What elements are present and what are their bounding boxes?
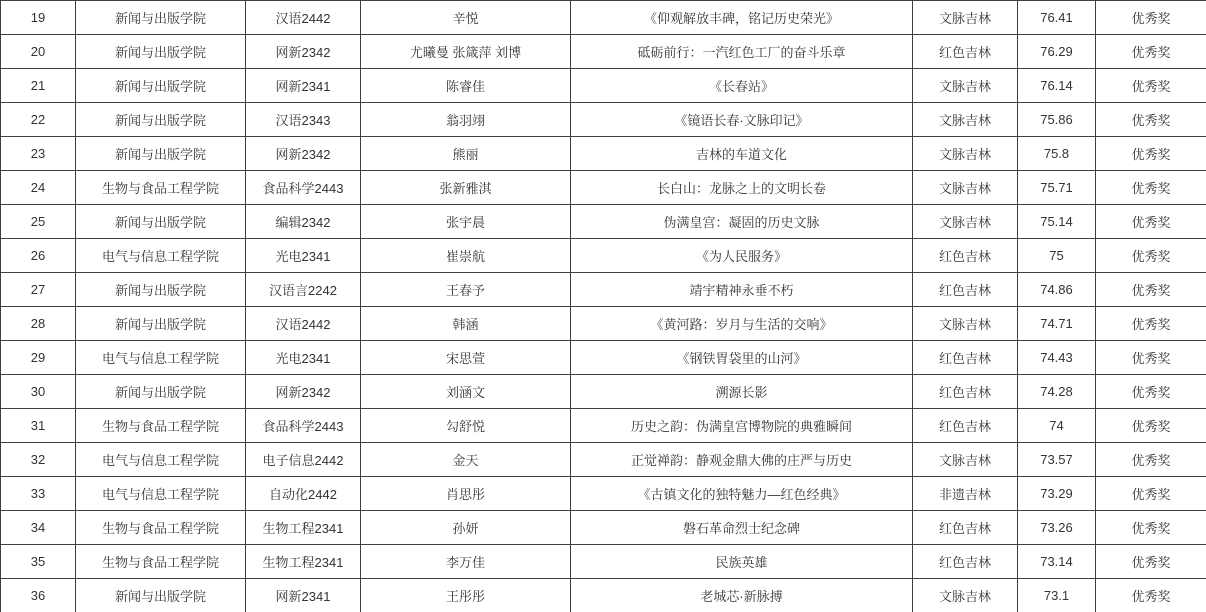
cell-award: 优秀奖 xyxy=(1096,545,1206,579)
cell-score: 74.86 xyxy=(1018,273,1096,307)
cell-category: 非遗吉林 xyxy=(913,477,1018,511)
cell-award: 优秀奖 xyxy=(1096,579,1206,612)
cell-row-number: 20 xyxy=(1,35,76,69)
cell-award: 优秀奖 xyxy=(1096,273,1206,307)
cell-category: 红色吉林 xyxy=(913,273,1018,307)
cell-category: 文脉吉林 xyxy=(913,443,1018,477)
cell-work-title: 《长春站》 xyxy=(571,69,913,103)
cell-authors: 陈睿佳 xyxy=(361,69,571,103)
cell-award: 优秀奖 xyxy=(1096,1,1206,35)
cell-category: 文脉吉林 xyxy=(913,103,1018,137)
cell-work-title: 《为人民服务》 xyxy=(571,239,913,273)
cell-award: 优秀奖 xyxy=(1096,409,1206,443)
cell-college: 新闻与出版学院 xyxy=(76,579,246,612)
cell-class: 汉语2442 xyxy=(246,1,361,35)
cell-score: 75.71 xyxy=(1018,171,1096,205)
table-row: 36新闻与出版学院网新2341王彤彤老城芯·新脉搏文脉吉林73.1优秀奖 xyxy=(1,579,1206,612)
cell-college: 生物与食品工程学院 xyxy=(76,171,246,205)
cell-category: 文脉吉林 xyxy=(913,307,1018,341)
cell-work-title: 伪满皇宫：凝固的历史文脉 xyxy=(571,205,913,239)
cell-work-title: 溯源长影 xyxy=(571,375,913,409)
cell-class: 自动化2442 xyxy=(246,477,361,511)
table-row: 20新闻与出版学院网新2342尤曦曼 张箴萍 刘博砥砺前行：一汽红色工厂的奋斗乐… xyxy=(1,35,1206,69)
cell-award: 优秀奖 xyxy=(1096,443,1206,477)
table-row: 26电气与信息工程学院光电2341崔崇航《为人民服务》红色吉林75优秀奖 xyxy=(1,239,1206,273)
cell-score: 74.43 xyxy=(1018,341,1096,375)
cell-award: 优秀奖 xyxy=(1096,35,1206,69)
cell-authors: 刘涵文 xyxy=(361,375,571,409)
cell-score: 73.26 xyxy=(1018,511,1096,545)
table-row: 32电气与信息工程学院电子信息2442金天正觉禅韵：静观金鼎大佛的庄严与历史文脉… xyxy=(1,443,1206,477)
table-row: 22新闻与出版学院汉语2343翁羽翊《镜语长春·文脉印记》文脉吉林75.86优秀… xyxy=(1,103,1206,137)
table-row: 25新闻与出版学院编辑2342张宇晨伪满皇宫：凝固的历史文脉文脉吉林75.14优… xyxy=(1,205,1206,239)
cell-award: 优秀奖 xyxy=(1096,375,1206,409)
cell-row-number: 26 xyxy=(1,239,76,273)
cell-score: 73.57 xyxy=(1018,443,1096,477)
cell-class: 光电2341 xyxy=(246,341,361,375)
cell-award: 优秀奖 xyxy=(1096,205,1206,239)
cell-authors: 韩涵 xyxy=(361,307,571,341)
cell-authors: 翁羽翊 xyxy=(361,103,571,137)
cell-college: 新闻与出版学院 xyxy=(76,137,246,171)
cell-college: 电气与信息工程学院 xyxy=(76,477,246,511)
cell-authors: 勾舒悦 xyxy=(361,409,571,443)
cell-category: 红色吉林 xyxy=(913,511,1018,545)
cell-category: 红色吉林 xyxy=(913,341,1018,375)
cell-score: 75.86 xyxy=(1018,103,1096,137)
table-row: 33电气与信息工程学院自动化2442肖思彤《古镇文化的独特魅力—红色经典》非遗吉… xyxy=(1,477,1206,511)
cell-work-title: 正觉禅韵：静观金鼎大佛的庄严与历史 xyxy=(571,443,913,477)
cell-authors: 熊丽 xyxy=(361,137,571,171)
cell-category: 文脉吉林 xyxy=(913,579,1018,612)
cell-work-title: 靖宇精神永垂不朽 xyxy=(571,273,913,307)
cell-college: 新闻与出版学院 xyxy=(76,375,246,409)
cell-award: 优秀奖 xyxy=(1096,69,1206,103)
cell-score: 76.41 xyxy=(1018,1,1096,35)
cell-row-number: 34 xyxy=(1,511,76,545)
cell-category: 文脉吉林 xyxy=(913,171,1018,205)
cell-college: 新闻与出版学院 xyxy=(76,69,246,103)
cell-class: 生物工程2341 xyxy=(246,511,361,545)
cell-work-title: 砥砺前行：一汽红色工厂的奋斗乐章 xyxy=(571,35,913,69)
cell-authors: 李万佳 xyxy=(361,545,571,579)
cell-category: 文脉吉林 xyxy=(913,137,1018,171)
cell-score: 75.8 xyxy=(1018,137,1096,171)
cell-award: 优秀奖 xyxy=(1096,511,1206,545)
cell-authors: 王春予 xyxy=(361,273,571,307)
cell-score: 76.29 xyxy=(1018,35,1096,69)
cell-class: 食品科学2443 xyxy=(246,171,361,205)
cell-college: 电气与信息工程学院 xyxy=(76,239,246,273)
cell-class: 网新2342 xyxy=(246,137,361,171)
cell-score: 74 xyxy=(1018,409,1096,443)
cell-class: 生物工程2341 xyxy=(246,545,361,579)
table-row: 29电气与信息工程学院光电2341宋思萱《钢铁胃袋里的山河》红色吉林74.43优… xyxy=(1,341,1206,375)
cell-row-number: 32 xyxy=(1,443,76,477)
cell-score: 75 xyxy=(1018,239,1096,273)
table-row: 21新闻与出版学院网新2341陈睿佳《长春站》文脉吉林76.14优秀奖 xyxy=(1,69,1206,103)
cell-category: 文脉吉林 xyxy=(913,205,1018,239)
cell-college: 新闻与出版学院 xyxy=(76,205,246,239)
cell-award: 优秀奖 xyxy=(1096,137,1206,171)
cell-class: 网新2342 xyxy=(246,35,361,69)
cell-score: 75.14 xyxy=(1018,205,1096,239)
cell-award: 优秀奖 xyxy=(1096,171,1206,205)
cell-row-number: 28 xyxy=(1,307,76,341)
cell-college: 电气与信息工程学院 xyxy=(76,443,246,477)
cell-authors: 尤曦曼 张箴萍 刘博 xyxy=(361,35,571,69)
cell-row-number: 27 xyxy=(1,273,76,307)
cell-category: 红色吉林 xyxy=(913,409,1018,443)
cell-work-title: 《古镇文化的独特魅力—红色经典》 xyxy=(571,477,913,511)
cell-college: 新闻与出版学院 xyxy=(76,35,246,69)
cell-class: 汉语2343 xyxy=(246,103,361,137)
cell-work-title: 民族英雄 xyxy=(571,545,913,579)
cell-award: 优秀奖 xyxy=(1096,477,1206,511)
cell-authors: 孙妍 xyxy=(361,511,571,545)
cell-work-title: 《钢铁胃袋里的山河》 xyxy=(571,341,913,375)
cell-college: 生物与食品工程学院 xyxy=(76,511,246,545)
cell-row-number: 24 xyxy=(1,171,76,205)
cell-authors: 肖思彤 xyxy=(361,477,571,511)
cell-class: 食品科学2443 xyxy=(246,409,361,443)
cell-row-number: 33 xyxy=(1,477,76,511)
cell-row-number: 25 xyxy=(1,205,76,239)
cell-class: 网新2342 xyxy=(246,375,361,409)
cell-row-number: 30 xyxy=(1,375,76,409)
cell-category: 红色吉林 xyxy=(913,545,1018,579)
cell-work-title: 历史之韵：伪满皇宫博物院的典雅瞬间 xyxy=(571,409,913,443)
cell-authors: 张宇晨 xyxy=(361,205,571,239)
cell-college: 新闻与出版学院 xyxy=(76,103,246,137)
cell-college: 生物与食品工程学院 xyxy=(76,545,246,579)
cell-work-title: 长白山：龙脉之上的文明长卷 xyxy=(571,171,913,205)
cell-row-number: 31 xyxy=(1,409,76,443)
table-row: 28新闻与出版学院汉语2442韩涵《黄河路：岁月与生活的交响》文脉吉林74.71… xyxy=(1,307,1206,341)
cell-work-title: 吉林的车道文化 xyxy=(571,137,913,171)
cell-college: 新闻与出版学院 xyxy=(76,273,246,307)
cell-category: 红色吉林 xyxy=(913,375,1018,409)
table-row: 27新闻与出版学院汉语言2242王春予靖宇精神永垂不朽红色吉林74.86优秀奖 xyxy=(1,273,1206,307)
cell-authors: 王彤彤 xyxy=(361,579,571,612)
cell-authors: 金天 xyxy=(361,443,571,477)
cell-score: 74.71 xyxy=(1018,307,1096,341)
cell-work-title: 《镜语长春·文脉印记》 xyxy=(571,103,913,137)
table-row: 23新闻与出版学院网新2342熊丽吉林的车道文化文脉吉林75.8优秀奖 xyxy=(1,137,1206,171)
cell-score: 74.28 xyxy=(1018,375,1096,409)
cell-college: 新闻与出版学院 xyxy=(76,307,246,341)
cell-authors: 辛悦 xyxy=(361,1,571,35)
cell-work-title: 磐石革命烈士纪念碑 xyxy=(571,511,913,545)
cell-college: 生物与食品工程学院 xyxy=(76,409,246,443)
cell-award: 优秀奖 xyxy=(1096,103,1206,137)
cell-class: 汉语言2242 xyxy=(246,273,361,307)
table-row: 24生物与食品工程学院食品科学2443张新雅淇长白山：龙脉之上的文明长卷文脉吉林… xyxy=(1,171,1206,205)
table-row: 31生物与食品工程学院食品科学2443勾舒悦历史之韵：伪满皇宫博物院的典雅瞬间红… xyxy=(1,409,1206,443)
awards-table: 19新闻与出版学院汉语2442辛悦《仰观解放丰碑，铭记历史荣光》文脉吉林76.4… xyxy=(0,0,1206,612)
cell-award: 优秀奖 xyxy=(1096,341,1206,375)
awards-table-body: 19新闻与出版学院汉语2442辛悦《仰观解放丰碑，铭记历史荣光》文脉吉林76.4… xyxy=(1,1,1206,612)
cell-row-number: 29 xyxy=(1,341,76,375)
cell-score: 73.1 xyxy=(1018,579,1096,612)
table-row: 30新闻与出版学院网新2342刘涵文溯源长影红色吉林74.28优秀奖 xyxy=(1,375,1206,409)
cell-college: 新闻与出版学院 xyxy=(76,1,246,35)
cell-work-title: 老城芯·新脉搏 xyxy=(571,579,913,612)
cell-class: 网新2341 xyxy=(246,69,361,103)
table-row: 19新闻与出版学院汉语2442辛悦《仰观解放丰碑，铭记历史荣光》文脉吉林76.4… xyxy=(1,1,1206,35)
cell-row-number: 36 xyxy=(1,579,76,612)
cell-category: 文脉吉林 xyxy=(913,69,1018,103)
cell-class: 编辑2342 xyxy=(246,205,361,239)
cell-row-number: 23 xyxy=(1,137,76,171)
cell-score: 73.14 xyxy=(1018,545,1096,579)
awards-table-sheet: 19新闻与出版学院汉语2442辛悦《仰观解放丰碑，铭记历史荣光》文脉吉林76.4… xyxy=(0,0,1206,612)
cell-row-number: 19 xyxy=(1,1,76,35)
cell-work-title: 《仰观解放丰碑，铭记历史荣光》 xyxy=(571,1,913,35)
table-row: 34生物与食品工程学院生物工程2341孙妍磐石革命烈士纪念碑红色吉林73.26优… xyxy=(1,511,1206,545)
cell-class: 网新2341 xyxy=(246,579,361,612)
table-row: 35生物与食品工程学院生物工程2341李万佳民族英雄红色吉林73.14优秀奖 xyxy=(1,545,1206,579)
cell-class: 电子信息2442 xyxy=(246,443,361,477)
cell-work-title: 《黄河路：岁月与生活的交响》 xyxy=(571,307,913,341)
cell-score: 76.14 xyxy=(1018,69,1096,103)
cell-category: 红色吉林 xyxy=(913,239,1018,273)
cell-authors: 宋思萱 xyxy=(361,341,571,375)
cell-row-number: 22 xyxy=(1,103,76,137)
cell-authors: 崔崇航 xyxy=(361,239,571,273)
cell-class: 汉语2442 xyxy=(246,307,361,341)
cell-score: 73.29 xyxy=(1018,477,1096,511)
cell-row-number: 35 xyxy=(1,545,76,579)
cell-college: 电气与信息工程学院 xyxy=(76,341,246,375)
cell-row-number: 21 xyxy=(1,69,76,103)
cell-category: 文脉吉林 xyxy=(913,1,1018,35)
cell-category: 红色吉林 xyxy=(913,35,1018,69)
cell-authors: 张新雅淇 xyxy=(361,171,571,205)
cell-class: 光电2341 xyxy=(246,239,361,273)
cell-award: 优秀奖 xyxy=(1096,239,1206,273)
cell-award: 优秀奖 xyxy=(1096,307,1206,341)
